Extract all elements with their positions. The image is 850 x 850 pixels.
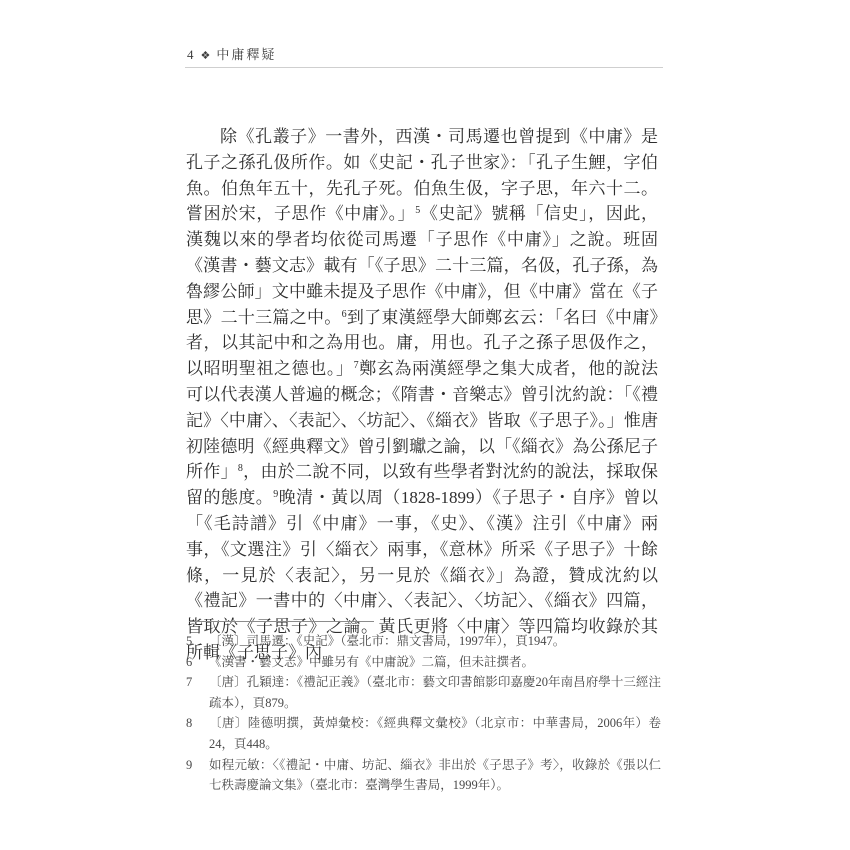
footnote-number: 7 (186, 672, 209, 713)
header-rule (185, 67, 663, 68)
main-text-column: 除《孔叢子》一書外，西漢・司馬遷也曾提到《中庸》是孔子之孫孔伋所作。如《史記・孔… (186, 124, 658, 666)
footnote-item: 6 《漢書・藝文志》中雖另有《中庸說》二篇，但未註撰者。 (186, 652, 661, 673)
footnote-ref: 9 (273, 489, 278, 500)
footnote-item: 9 如程元敏：〈《禮記・中庸、坊記、緇衣》非出於《子思子》考〉，收錄於《張以仁七… (186, 755, 661, 796)
footnote-item: 7 〔唐〕孔穎達：《禮記正義》（臺北市：藝文印書館影印嘉慶20年南昌府學十三經注… (186, 672, 661, 713)
footnote-number: 9 (186, 755, 209, 796)
footnote-ref: 5 (415, 205, 420, 216)
footnote-text: 〔唐〕陸德明撰，黃焯彙校：《經典釋文彙校》（北京市：中華書局，2006年）卷24… (209, 713, 661, 754)
book-page: 4❖中庸釋疑 除《孔叢子》一書外，西漢・司馬遷也曾提到《中庸》是孔子之孫孔伋所作… (0, 0, 850, 850)
footnote-separator-rule (189, 621, 374, 622)
running-header: 4❖中庸釋疑 (187, 44, 276, 63)
footnote-ref: 6 (342, 309, 347, 320)
footnote-item: 8 〔唐〕陸德明撰，黃焯彙校：《經典釋文彙校》（北京市：中華書局，2006年）卷… (186, 713, 661, 754)
footnote-text: 如程元敏：〈《禮記・中庸、坊記、緇衣》非出於《子思子》考〉，收錄於《張以仁七秩壽… (209, 755, 661, 796)
footnote-ref: 7 (354, 360, 359, 371)
footnote-number: 6 (186, 652, 209, 673)
footnote-item: 5 〔漢〕司馬遷：《史記》（臺北市：鼎文書局，1997年），頁1947。 (186, 631, 661, 652)
diamond-ornament-icon: ❖ (201, 50, 213, 62)
footnote-text: 〔漢〕司馬遷：《史記》（臺北市：鼎文書局，1997年），頁1947。 (209, 631, 661, 652)
page-number: 4 (187, 47, 196, 62)
main-paragraph: 除《孔叢子》一書外，西漢・司馬遷也曾提到《中庸》是孔子之孫孔伋所作。如《史記・孔… (186, 124, 658, 666)
footnote-number: 5 (186, 631, 209, 652)
footnote-list: 5 〔漢〕司馬遷：《史記》（臺北市：鼎文書局，1997年），頁1947。 6 《… (186, 631, 661, 796)
footnote-ref: 8 (238, 463, 243, 474)
footnote-number: 8 (186, 713, 209, 754)
book-title: 中庸釋疑 (216, 47, 276, 62)
footnote-text: 《漢書・藝文志》中雖另有《中庸說》二篇，但未註撰者。 (209, 652, 661, 673)
footnote-text: 〔唐〕孔穎達：《禮記正義》（臺北市：藝文印書館影印嘉慶20年南昌府學十三經注疏本… (209, 672, 661, 713)
